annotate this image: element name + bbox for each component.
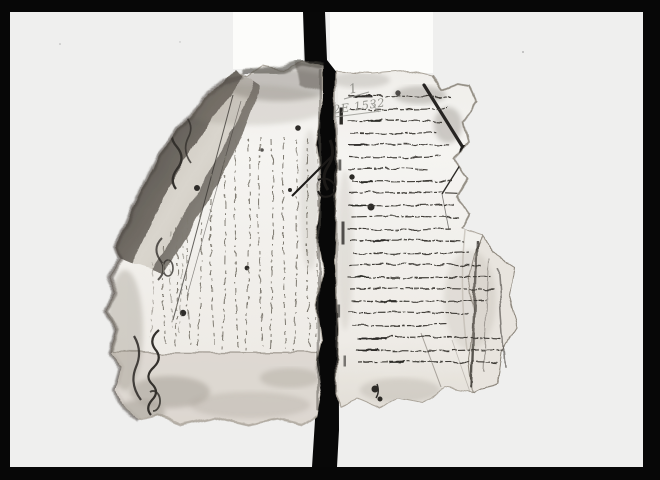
- manuscript-photo-plate: [0, 0, 660, 480]
- dust-specks: [59, 41, 524, 53]
- film-border-bottom: [0, 467, 660, 480]
- photo-canvas: 1 2E 1532: [0, 0, 660, 480]
- right-page: [330, 71, 518, 409]
- film-border-left: [0, 0, 10, 480]
- left-page: [104, 62, 335, 425]
- film-border-right: [643, 0, 660, 480]
- film-border-top: [0, 0, 660, 12]
